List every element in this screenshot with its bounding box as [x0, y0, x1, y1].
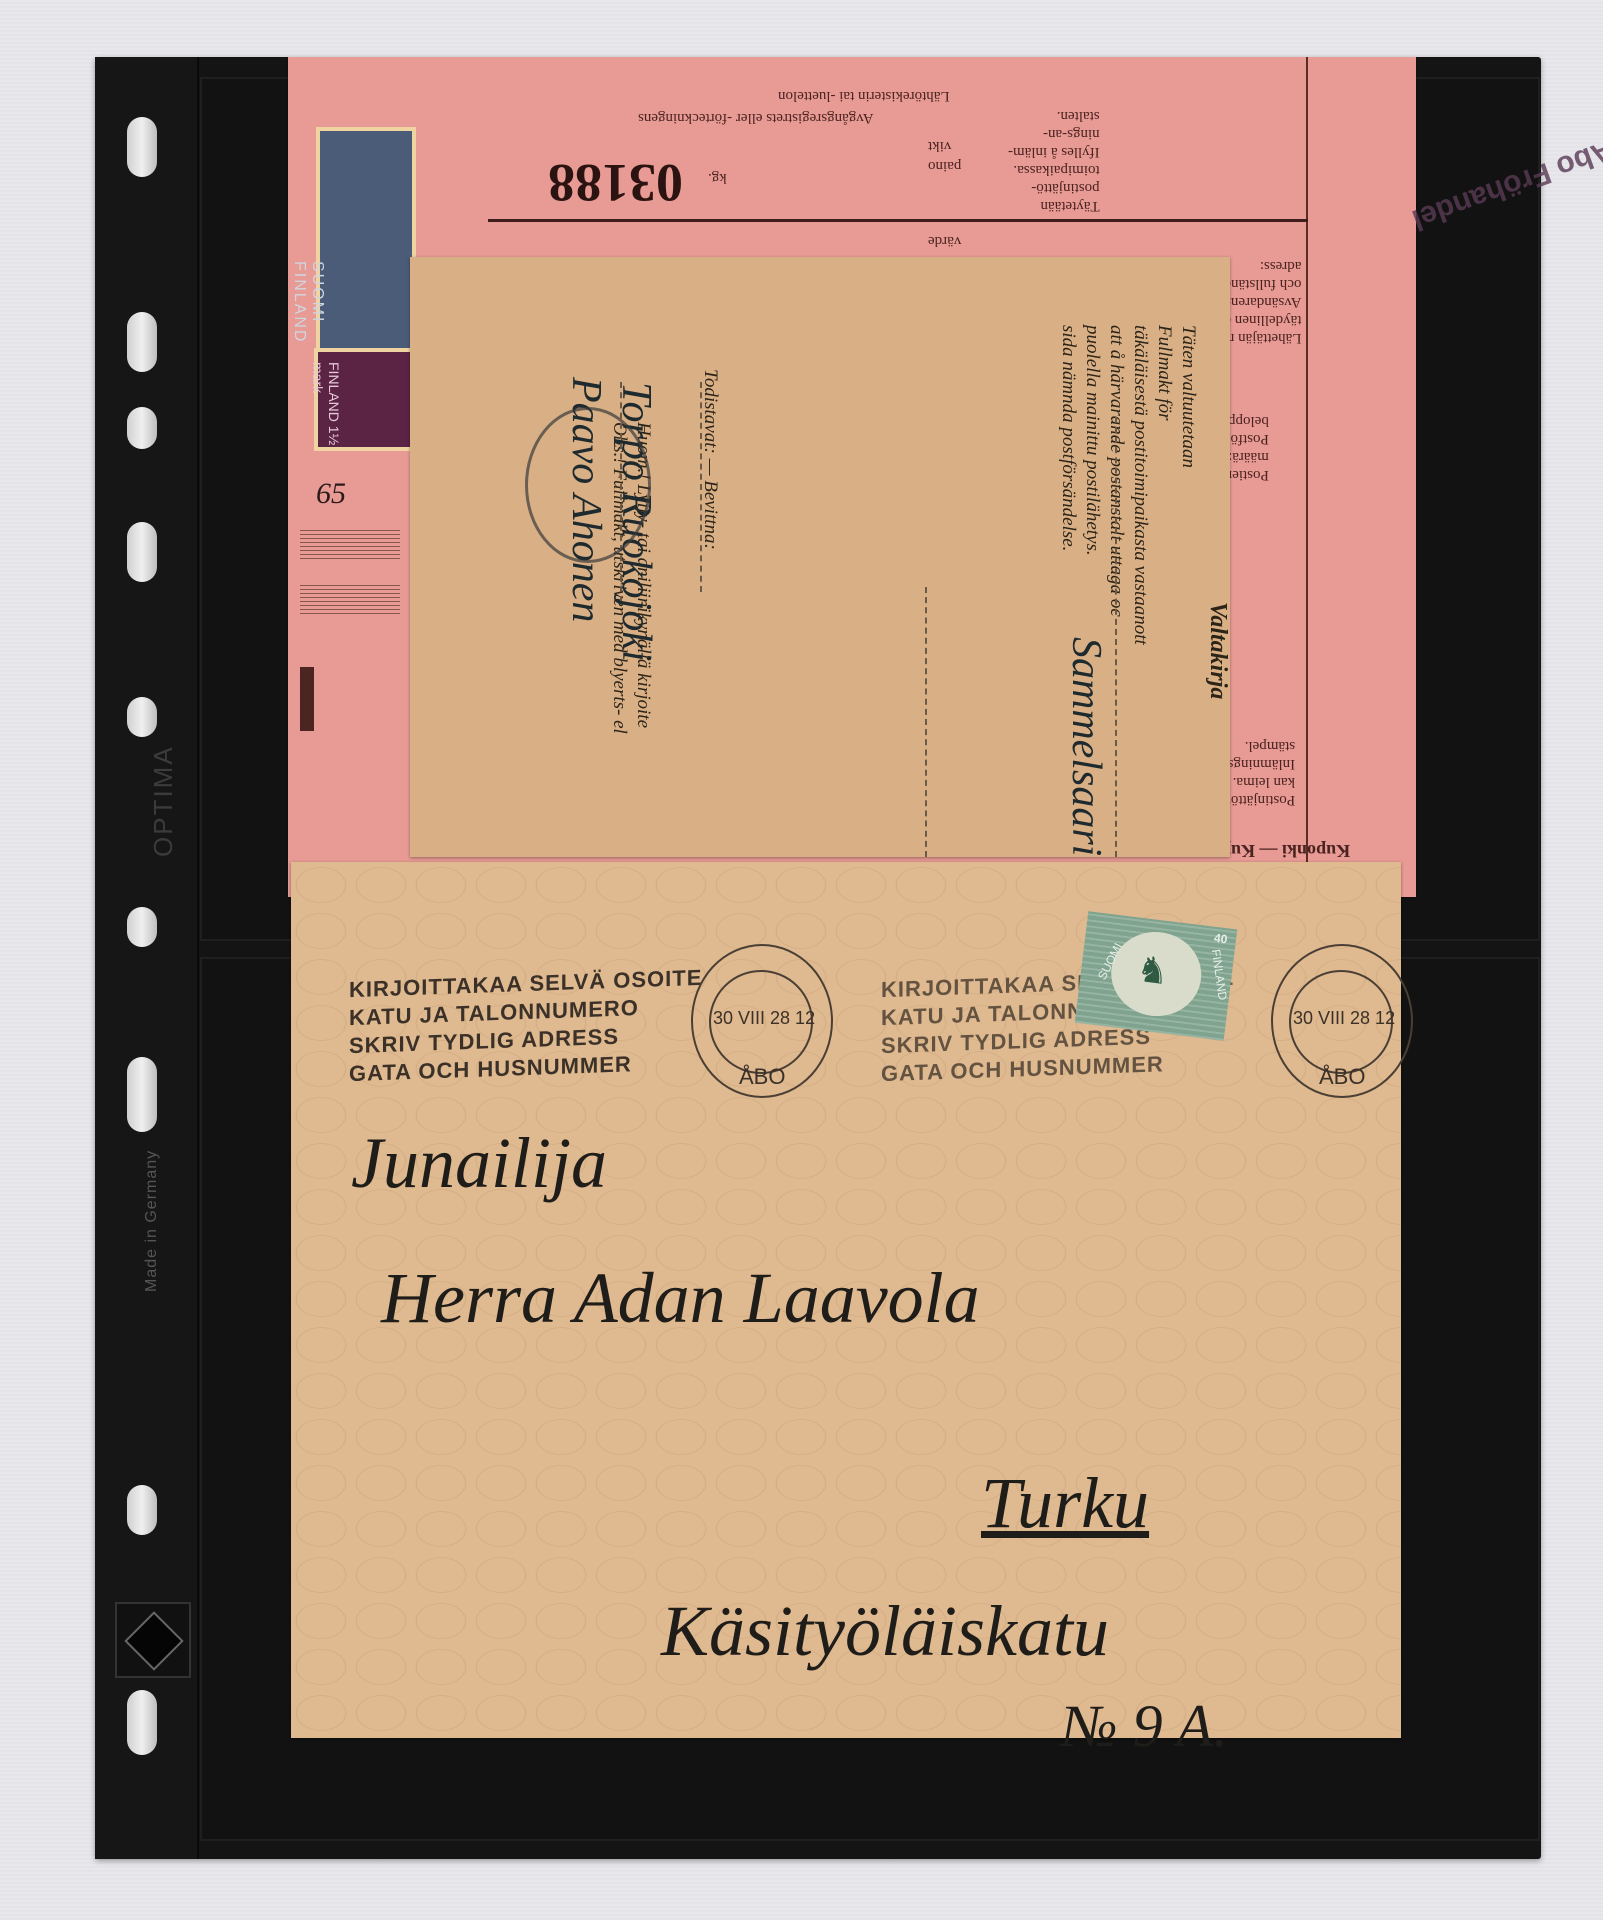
- binding-strip: OPTIMA Made in Germany: [95, 57, 199, 1859]
- bracket-mark: [300, 667, 314, 731]
- stamp-text-right: FINLAND: [1209, 948, 1230, 1001]
- weight-label-fi: paino: [928, 157, 961, 175]
- postmark-town: ÅBO: [1319, 1064, 1365, 1090]
- envelope: KIRJOITTAKAA SELVÄ OSOITE KATU JA TALONN…: [291, 862, 1401, 1738]
- register-text-fi: Lähtörekisterin tai -luettelon: [778, 87, 950, 105]
- lion-icon: ♞: [1134, 948, 1171, 994]
- address-title: Junailija: [351, 1122, 607, 1205]
- brand-logo-icon: [115, 1602, 191, 1678]
- striped-field: [300, 527, 400, 559]
- parcel-number: 03188: [548, 152, 683, 214]
- stamp-value: 40: [1213, 931, 1228, 947]
- weight-label-sv: vikt: [928, 137, 951, 155]
- castle-stamp: SUOMI FINLAND: [320, 131, 412, 359]
- auth-body: Täten valtuutetaan Fullmakt för täkäläis…: [1056, 325, 1200, 645]
- address-name: Herra Adan Laavola: [381, 1257, 980, 1340]
- made-in-label: Made in Germany: [143, 1150, 161, 1292]
- dotted-line: [700, 382, 702, 592]
- register-text-sv: Avgångsregistrets eller -förteckningens: [638, 109, 873, 127]
- punch-hole: [127, 522, 157, 582]
- punch-hole: [127, 1690, 157, 1755]
- handwritten-65: 65: [316, 477, 346, 511]
- green-lion-stamp: ♞ SUOMI FINLAND 40: [1075, 911, 1238, 1040]
- handwriting-1: Sammelsaari: [1062, 637, 1110, 856]
- brand-optima-label: OPTIMA: [148, 745, 179, 857]
- address-city: Turku: [981, 1462, 1149, 1545]
- punch-hole: [127, 697, 157, 737]
- punch-hole: [127, 1485, 157, 1535]
- punch-hole: [127, 907, 157, 947]
- envelope-postmark: 30 VIII 28 12 ÅBO: [1271, 944, 1413, 1098]
- striped-field: [300, 582, 400, 614]
- lion-stamp-purple: FINLAND 1½ mark: [318, 352, 413, 447]
- card-postmark: [525, 407, 651, 563]
- value-label-sv: värde: [928, 232, 961, 250]
- machine-cancel-slogan: KIRJOITTAKAA SELVÄ OSOITE KATU JA TALONN…: [349, 964, 702, 1088]
- envelope-postmark: 30 VIII 28 12 ÅBO: [691, 944, 833, 1098]
- postmark-town: ÅBO: [739, 1064, 785, 1090]
- postmark-date: 30 VIII 28 12: [713, 1008, 815, 1029]
- punch-hole: [127, 312, 157, 372]
- address-street: Käsityöläiskatu: [661, 1590, 1109, 1673]
- postmark-date: 30 VIII 28 12: [1293, 1008, 1395, 1029]
- form-rule: [488, 219, 1308, 222]
- address-number: № 9 A.: [1061, 1692, 1228, 1761]
- weight-unit: kg.: [708, 169, 727, 187]
- lion-stamp-text: FINLAND 1½ mark: [310, 362, 342, 451]
- coupon-divider: [1306, 57, 1308, 897]
- punch-hole: [127, 117, 157, 177]
- punch-hole: [127, 1057, 157, 1132]
- completed-text: Täytetään postinjättö- toimipaikassa. If…: [1008, 107, 1100, 215]
- dotted-line: [1115, 417, 1117, 857]
- dotted-line: [925, 587, 927, 857]
- castle-stamp-text: SUOMI FINLAND: [290, 261, 326, 347]
- authorization-card: Valtakirja Täten valtuutetaan Fullmakt f…: [410, 257, 1230, 857]
- auth-title: Valtakirja: [1206, 602, 1230, 699]
- punch-hole: [127, 407, 157, 449]
